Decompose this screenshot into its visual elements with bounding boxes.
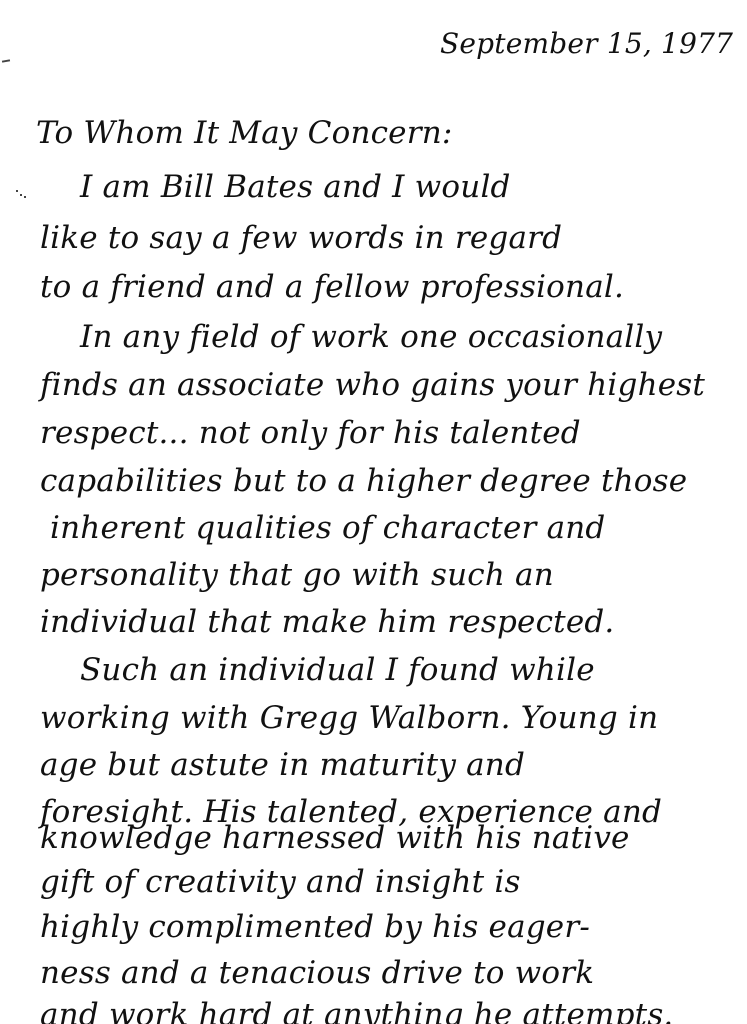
letter-line: In any field of work one occasionally bbox=[80, 322, 662, 353]
stray-dot bbox=[16, 190, 18, 192]
letter-line: age but astute in maturity and bbox=[40, 750, 525, 781]
letter-line: like to say a few words in regard bbox=[40, 223, 562, 254]
letter-line: personality that go with such an bbox=[40, 560, 554, 591]
letter-date: September 15, 1977 bbox=[440, 30, 733, 58]
handwritten-letter-page: September 15, 1977 To Whom It May Concer… bbox=[0, 0, 747, 1024]
letter-line: to a friend and a fellow professional. bbox=[40, 272, 624, 303]
letter-line: gift of creativity and insight is bbox=[40, 867, 521, 898]
letter-line: capabilities but to a higher degree thos… bbox=[40, 466, 687, 497]
stray-dot bbox=[20, 194, 22, 196]
letter-line: I am Bill Bates and I would bbox=[80, 172, 511, 203]
letter-line: and work hard at anything he attempts. bbox=[40, 1000, 674, 1024]
letter-line: respect... not only for his talented bbox=[40, 418, 581, 449]
letter-line: ness and a tenacious drive to work bbox=[40, 958, 594, 989]
letter-salutation: To Whom It May Concern: bbox=[36, 118, 453, 149]
letter-line: highly complimented by his eager- bbox=[40, 912, 590, 943]
letter-line: individual that make him respected. bbox=[40, 607, 614, 638]
letter-line: Such an individual I found while bbox=[80, 655, 595, 686]
stray-mark bbox=[2, 59, 10, 62]
letter-line: inherent qualities of character and bbox=[50, 513, 605, 544]
letter-line: knowledge harnessed with his native bbox=[40, 823, 630, 854]
letter-line: finds an associate who gains your highes… bbox=[40, 370, 705, 401]
letter-line: working with Gregg Walborn. Young in bbox=[40, 703, 658, 734]
stray-dot bbox=[24, 196, 26, 198]
